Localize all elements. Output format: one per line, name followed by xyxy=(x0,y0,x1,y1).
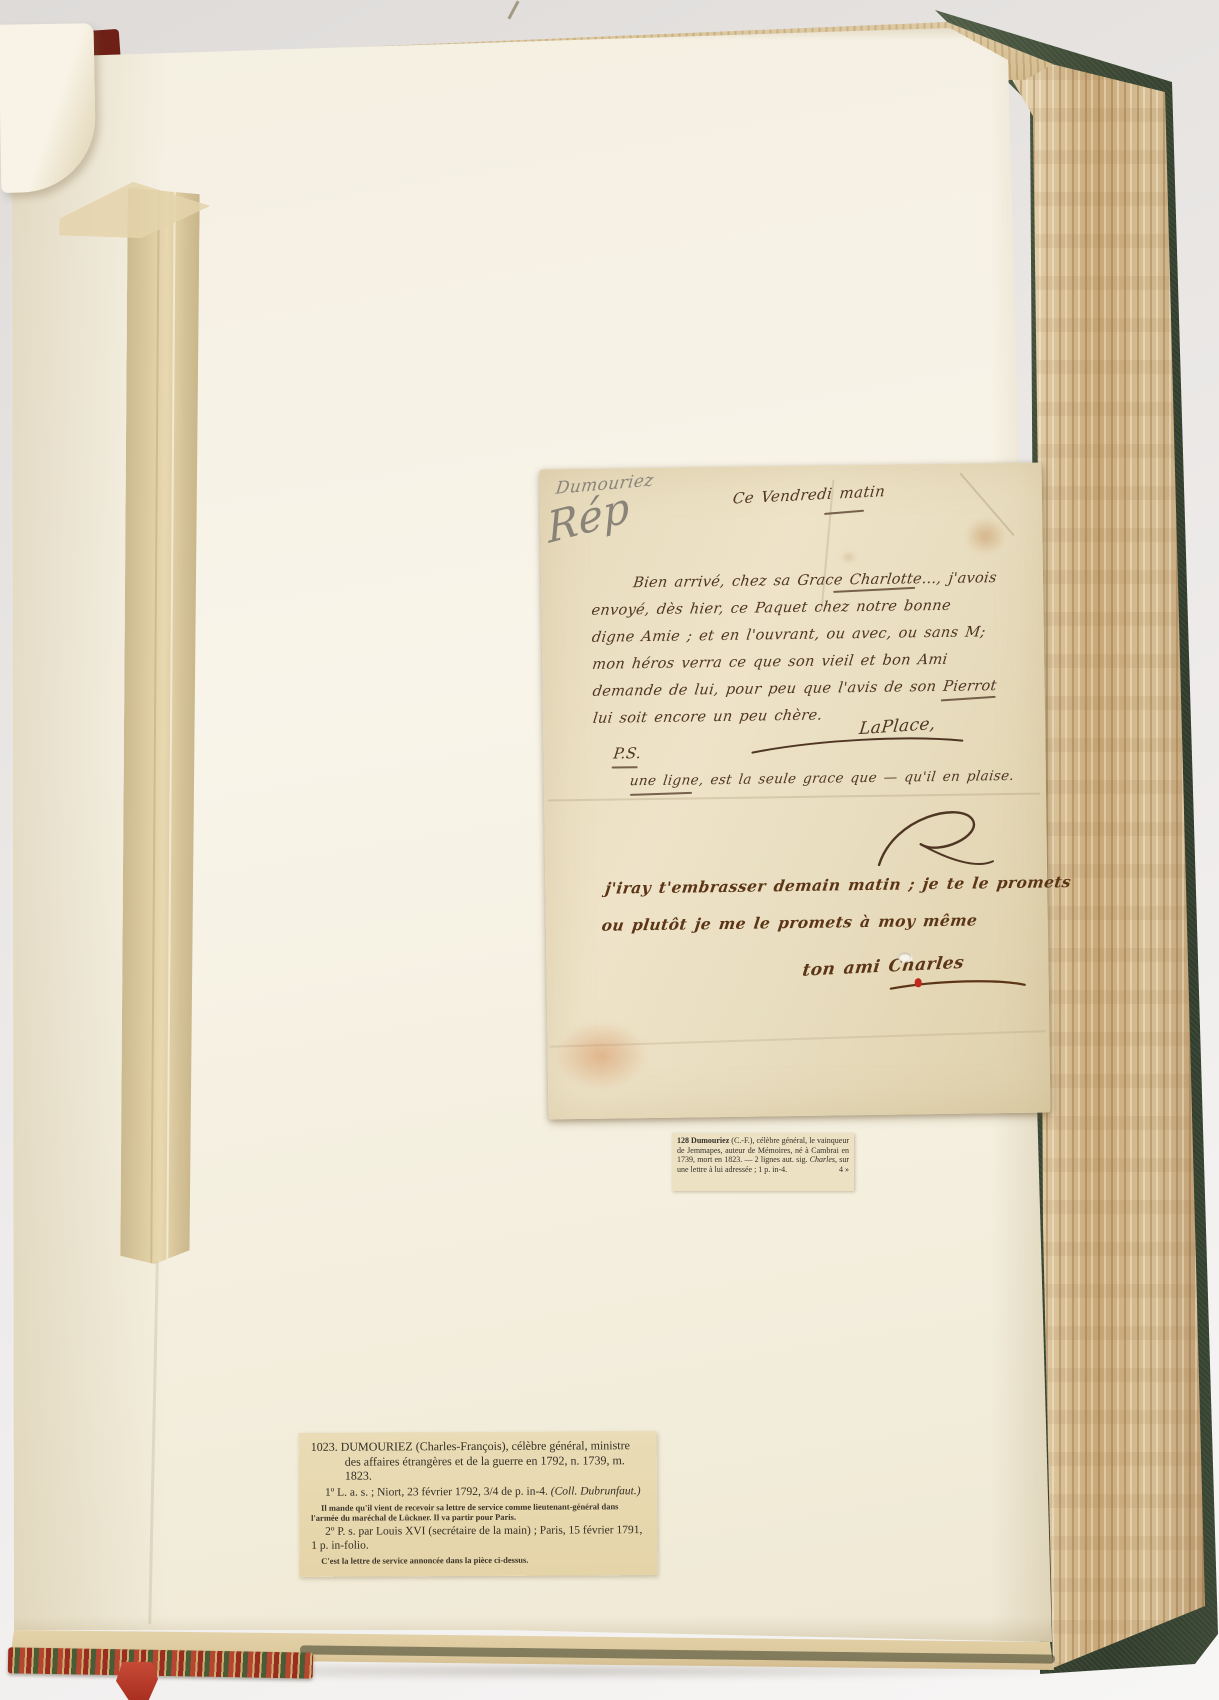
une-ligne-underline xyxy=(630,792,692,796)
spine-headband xyxy=(8,1647,313,1678)
catalog-clipping-small: 128 Dumouriez (C.-F.), célèbre général, … xyxy=(672,1133,854,1191)
clipping-item-1-note: Il mande qu'il vient de recevoir sa lett… xyxy=(311,1501,647,1523)
page-top-deckle-shade xyxy=(8,20,1060,40)
paraph-flourish xyxy=(864,797,1000,881)
letter-foxing-stain xyxy=(553,1020,649,1091)
letter-ps-line: une ligne, est la seule grace que — qu'i… xyxy=(629,768,1015,789)
letter-added-signature: ton ami Charles xyxy=(801,953,965,981)
letter-red-mark xyxy=(915,978,922,987)
clipping-italic: Charles, xyxy=(810,1155,837,1164)
letter-added-line-2: ou plutôt je me le promets à moy même xyxy=(601,910,979,934)
letter-ps-label: P.S. xyxy=(612,744,642,762)
letter-foxing-stain xyxy=(964,517,1007,556)
catalog-clipping-main: 1023. DUMOURIEZ (Charles-François), célè… xyxy=(299,1431,658,1577)
tissue-guard xyxy=(120,188,200,1264)
letter-added-line-1: j'iray t'embrasser demain matin ; je te … xyxy=(604,872,1072,898)
ps-underline xyxy=(612,766,638,768)
ribbon-bookmark xyxy=(116,1662,158,1700)
stray-thread xyxy=(507,0,519,19)
clipping-item-1-text: 1º L. a. s. ; Niort, 23 février 1792, 3/… xyxy=(325,1485,551,1498)
tissue-guard-fold-line xyxy=(150,188,160,1264)
tissue-guard-highlight xyxy=(166,188,176,1264)
letter-dateline: Ce Vendredi matin xyxy=(732,482,886,508)
added-signature-flourish xyxy=(889,977,1029,995)
signature-flourish xyxy=(748,734,968,759)
letter-body-line: lui soit encore un peu chère. xyxy=(591,700,1024,733)
letter-foxing-stain xyxy=(841,551,857,563)
manuscript-letter: Dumouriez Rép Ce Vendredi matin Bien arr… xyxy=(539,463,1050,1120)
clipping-name: Dumouriez xyxy=(689,1136,729,1145)
clipping-item-1-collection: (Coll. Dubrunfaut.) xyxy=(551,1485,641,1497)
clipping-price: 4 » xyxy=(839,1165,849,1175)
photo-backdrop: Dumouriez Rép Ce Vendredi matin Bien arr… xyxy=(0,0,1219,1700)
clipping-item-1: 1º L. a. s. ; Niort, 23 février 1792, 3/… xyxy=(311,1485,647,1500)
clipping-number: 128 xyxy=(677,1136,689,1145)
clipping-item-2-note: C'est la lettre de service annoncée dans… xyxy=(311,1554,647,1566)
clipping-item-2: 2º P. s. par Louis XVI (secrétaire de la… xyxy=(311,1524,647,1553)
clipping-heading: 1023. DUMOURIEZ (Charles-François), célè… xyxy=(311,1438,647,1483)
letter-body: Bien arrivé, chez sa Grace Charlotte...,… xyxy=(591,565,1023,733)
